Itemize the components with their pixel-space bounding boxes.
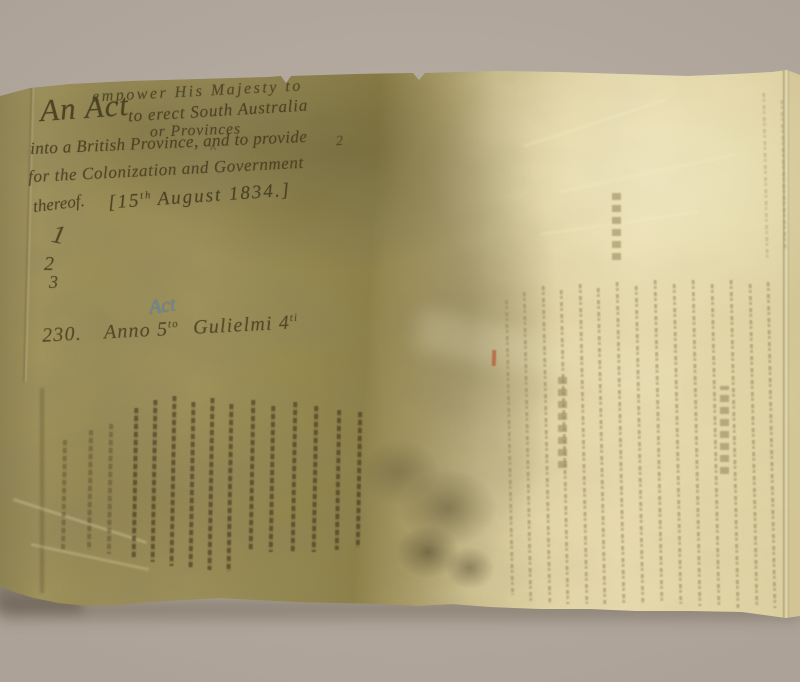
date-open: [15 (107, 190, 141, 213)
title-line-4: thereof. (32, 191, 86, 217)
citation-rex-sup: ti (289, 312, 298, 324)
act-heading: An Act (39, 87, 130, 129)
pencil-annotation-act: Act (148, 293, 178, 319)
margin-number-3: 3 (49, 272, 58, 293)
citation-anno-sup: to (168, 318, 180, 331)
date-rest: August 1834.] (157, 180, 292, 210)
photo-backdrop: empower His Majesty to An Act to erect S… (0, 0, 800, 682)
citation-anno: Anno 5 (103, 318, 168, 343)
margin-number-1: 1 (49, 219, 68, 251)
assent-date: [15thAugust 1834.] (107, 180, 291, 215)
citation-rex: Gulielmi 4 (193, 312, 291, 339)
stray-numeral: 2 (335, 134, 343, 150)
date-ordinal: th (140, 190, 153, 202)
citation-number: 230. (42, 323, 83, 347)
parchment-document: empower His Majesty to An Act to erect S… (0, 0, 800, 682)
endorsement-text-layer: empower His Majesty to An Act to erect S… (0, 0, 800, 682)
